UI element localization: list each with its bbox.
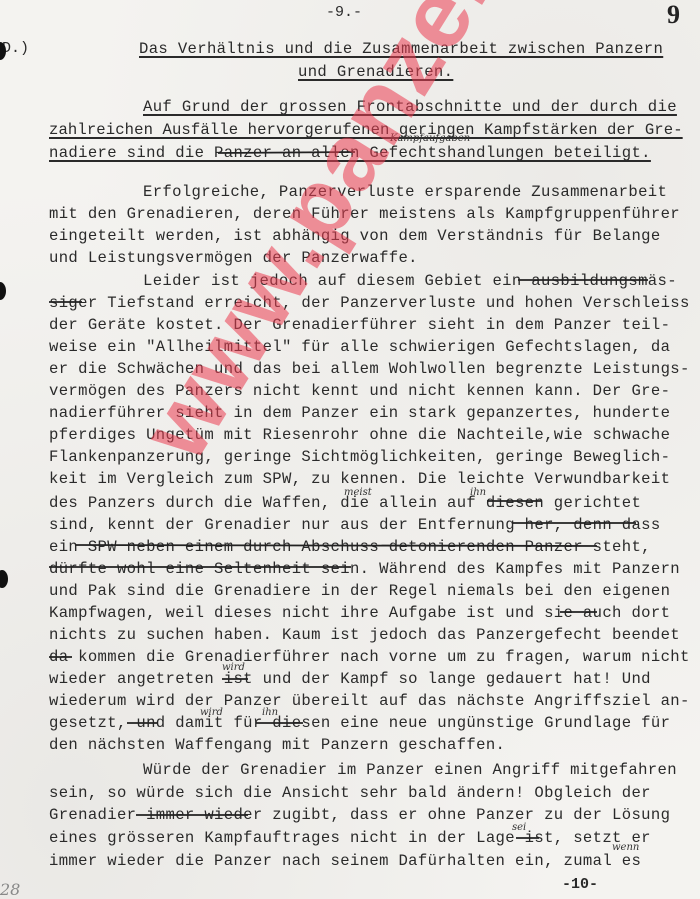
handwritten-insertion: Kampfaufgaben xyxy=(390,133,470,144)
handwritten-insertion: ihn xyxy=(262,707,278,718)
p2-line-6: vermögen des Panzers nicht kennt und nic… xyxy=(49,382,670,400)
intro-line-1: Auf Grund der grossen Frontabschnitte un… xyxy=(143,98,677,116)
page-number-top: -9.- xyxy=(326,4,362,21)
p3-line-3: Grenadier immer wieder zugibt, dass er o… xyxy=(49,806,670,824)
title-line-2: und Grenadieren. xyxy=(298,63,453,81)
p2-line-2: siger Tiefstand erreicht, der Panzerverl… xyxy=(49,294,690,312)
p2-line-3: der Geräte kostet. Der Grenadierführer s… xyxy=(49,316,670,334)
p2-line-18: da kommen die Grenadierführer nach vorne… xyxy=(49,648,690,666)
handwritten-insertion: wird xyxy=(200,707,223,718)
p2-line-5: er die Schwächen und das bei allem Wohlw… xyxy=(49,360,690,378)
p2-line-22: den nächsten Waffengang mit Panzern gesc… xyxy=(49,736,505,754)
p2-line-7: nadierführer sieht in dem Panzer ein sta… xyxy=(49,404,670,422)
intro-line-3-text: nadiere sind die Panzer an allen Gefecht… xyxy=(49,144,651,162)
handwritten-insertion: wird xyxy=(222,662,245,673)
handwritten-insertion: ihn xyxy=(470,487,486,498)
p2-line-9: Flankenpanzerung, geringe Sichtmöglichke… xyxy=(49,448,670,466)
p2-line-12: sind, kennt der Grenadier nur aus der En… xyxy=(49,516,661,534)
punch-hole xyxy=(0,282,6,300)
handwritten-insertion: wenn xyxy=(612,842,639,853)
p2-line-19: wieder angetreten ist und der Kampf so l… xyxy=(49,670,651,688)
document-page: -9.- 9 D.) Das Verhältnis und die Zusamm… xyxy=(0,0,700,899)
section-mark: D.) xyxy=(2,40,29,57)
p1-line-2: mit den Grenadieren, deren Führer meiste… xyxy=(49,205,680,223)
p2-line-14: dürfte wohl eine Seltenheit sein. Währen… xyxy=(49,560,680,578)
p2-line-10: keit im Vergleich zum SPW, zu kennen. Di… xyxy=(49,470,670,488)
page-number-corner: 9 xyxy=(667,0,680,30)
p3-line-1: Würde der Grenadier im Panzer einen Angr… xyxy=(143,761,677,779)
p3-line-5: immer wieder die Panzer nach seinem Dafü… xyxy=(49,852,641,870)
p1-line-1: Erfolgreiche, Panzerverluste ersparende … xyxy=(143,183,667,201)
p3-line-2: sein, so würde sich die Ansicht sehr bal… xyxy=(49,784,651,802)
p2-line-4: weise ein "Allheilmittel" für alle schwi… xyxy=(49,338,670,356)
p3-line-4: eines grösseren Kampfauftrages nicht in … xyxy=(49,829,651,847)
p1-line-4: und Leistungsvermögen der Panzerwaffe. xyxy=(49,249,418,267)
p2-line-16: Kampfwagen, weil dieses nicht ihre Aufga… xyxy=(49,604,670,622)
handwritten-insertion: sei xyxy=(512,822,526,833)
p1-line-3: eingeteilt werden, ist abhängig von dem … xyxy=(49,227,661,245)
p2-line-17: nichts zu suchen haben. Kaum ist jedoch … xyxy=(49,626,680,644)
p2-line-15: und Pak sind die Grenadiere in der Regel… xyxy=(49,582,670,600)
margin-note: 28 xyxy=(0,880,20,899)
p2-line-8: pferdiges Ungetüm mit Riesenrohr ohne di… xyxy=(49,426,670,444)
p2-line-13: ein SPW neben einem durch Abschuss deton… xyxy=(49,538,651,556)
intro-line-3: nadiere sind die Panzer an allen Gefecht… xyxy=(49,144,651,162)
p2-line-20: wiederum wird der Panzer übereilt auf da… xyxy=(49,692,690,710)
punch-hole xyxy=(0,570,8,588)
handwritten-insertion: meist xyxy=(344,487,372,498)
page-number-bottom: -10- xyxy=(562,876,598,893)
p2-line-1: Leider ist jedoch auf diesem Gebiet ein … xyxy=(143,272,677,290)
title-line-1: Das Verhältnis und die Zusammenarbeit zw… xyxy=(139,40,663,58)
intro-line-2: zahlreichen Ausfälle hervorgerufenen ger… xyxy=(49,121,683,139)
p2-line-21: gesetzt, und damit für diesen eine neue … xyxy=(49,714,670,732)
